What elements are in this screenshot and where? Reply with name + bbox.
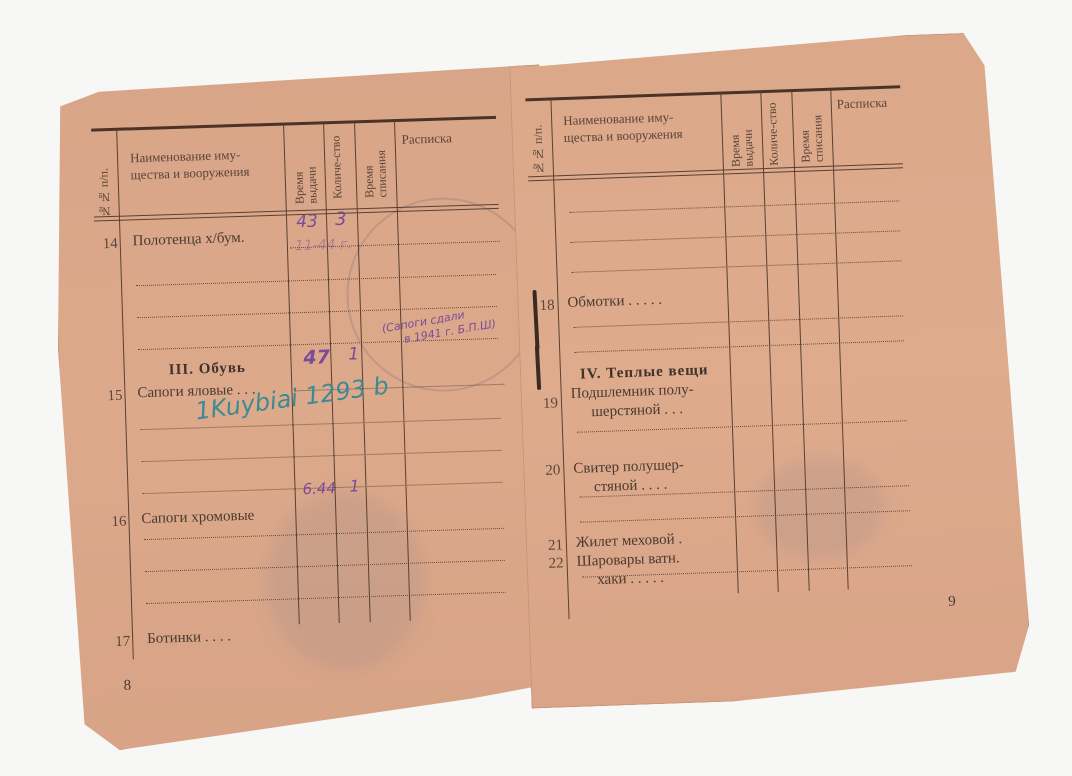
col-header-name-line2: щества и вооружения <box>130 162 280 184</box>
row-number: 16 <box>111 514 127 531</box>
item-name: Полотенца х/бум. <box>132 230 244 251</box>
item-name: Свитер полушер- стяной . . . . <box>573 456 685 498</box>
row-number: 17 <box>115 634 131 651</box>
handwritten-issue-time: 43 <box>296 212 318 233</box>
row-number: 22 <box>548 555 564 573</box>
col-header-receipt: Расписка <box>401 129 452 148</box>
row-rule <box>570 230 900 243</box>
round-stamp <box>344 195 544 395</box>
page-number: 9 <box>948 594 956 611</box>
row-number: 20 <box>545 462 561 480</box>
booklet-spread: №№ п/п. Наименование иму- щества и воору… <box>0 0 1072 776</box>
row-rule <box>573 315 903 328</box>
col-header-writeoff-time: Время списания <box>361 127 391 198</box>
item-name: Шаровары ватн. хаки . . . . . <box>576 549 680 591</box>
section-heading-footwear: III. Обувь <box>168 360 246 379</box>
header-bottom-rule <box>528 163 903 177</box>
row-rule <box>574 340 904 353</box>
col-header-number: №№ п/п. <box>531 113 546 175</box>
faded-stamp-date: 11-44 г. <box>295 236 352 254</box>
handwritten-issue-time: 47 <box>303 346 330 369</box>
item-name-line2: хаки . . . . . <box>577 568 681 591</box>
col-header-name: Наименование иму- щества и вооружения <box>130 145 281 184</box>
handwritten-quantity: 3 <box>335 209 347 230</box>
item-name: Обмотки . . . . . <box>567 292 662 312</box>
stain <box>263 488 429 673</box>
row-rule <box>569 200 899 213</box>
item-name-line1: Свитер полушер- <box>573 456 684 479</box>
col-header-quantity: Количе-ство <box>329 128 357 199</box>
col-header-name: Наименование иму- щества и вооружения <box>563 107 719 146</box>
row-rule <box>577 420 907 433</box>
left-page: №№ п/п. Наименование иму- щества и воору… <box>50 64 561 751</box>
item-name: Подшлемник полу- шерстяной . . . <box>570 381 694 423</box>
row-rule <box>571 260 901 273</box>
col-header-writeoff-time: Время списания <box>797 92 827 163</box>
row-number: 19 <box>543 395 559 413</box>
col-header-number: №№ п/п. <box>97 148 112 218</box>
col-header-issue-time: Время выдачи <box>727 96 757 167</box>
row-rule <box>142 450 502 462</box>
col-header-issue-time: Время выдачи <box>291 133 321 204</box>
item-name-line2: стяной . . . . <box>574 475 685 498</box>
row-number: 21 <box>548 537 564 555</box>
page-number: 8 <box>123 678 131 695</box>
item-name-line1: Шаровары ватн. <box>576 549 680 572</box>
row-number: 15 <box>107 388 123 405</box>
handwritten-quantity: 1 <box>349 476 360 495</box>
row-rule <box>141 418 501 430</box>
col-header-receipt: Расписка <box>836 94 887 113</box>
item-name: Ботинки . . . . <box>147 628 231 648</box>
row-number: 18 <box>539 297 555 315</box>
item-name: Сапоги хромовые <box>141 508 254 529</box>
row-number: 14 <box>103 236 119 253</box>
handwritten-issue-time: 6.44 <box>302 479 336 498</box>
col-header-quantity: Количе-ство <box>765 95 793 166</box>
handwritten-quantity: 1 <box>348 344 359 364</box>
right-page: №№ п/п. Наименование иму- щества и воору… <box>509 31 1032 708</box>
